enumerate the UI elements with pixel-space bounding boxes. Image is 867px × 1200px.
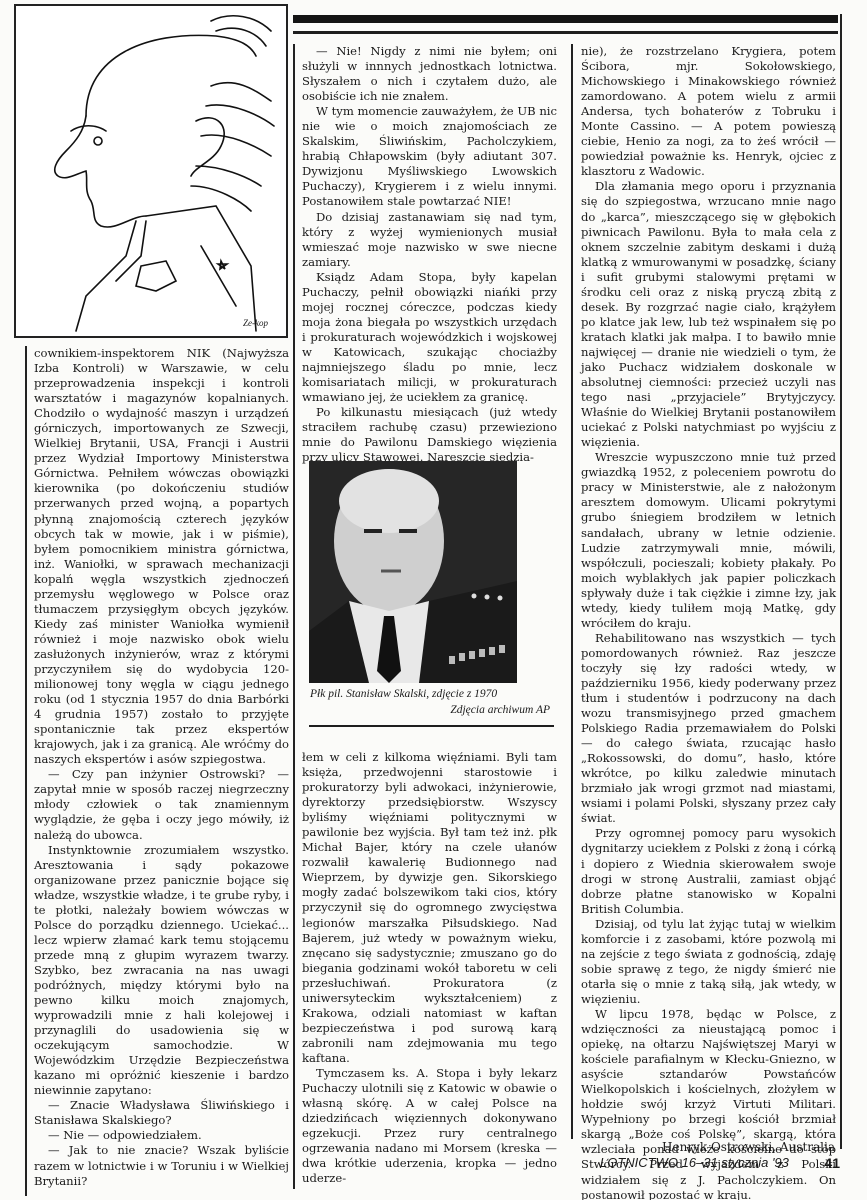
- paragraph: nie), że rozstrzelano Krygiera, potem Śc…: [581, 44, 836, 179]
- author-signature: Henryk Ostrowski, Australia: [600, 1140, 835, 1154]
- paragraph: Dzisiaj, od tylu lat żyjąc tutaj w wielk…: [581, 917, 836, 1007]
- paragraph: W tym momencie zauważyłem, że UB nic nie…: [302, 104, 557, 209]
- portrait-photo: [309, 461, 517, 683]
- paragraph: Dla złamania mego oporu i przyznania się…: [581, 179, 836, 450]
- right-margin-rule: [840, 14, 842, 1149]
- paragraph: Ksiądz Adam Stopa, były kapelan Puchaczy…: [302, 270, 557, 405]
- paragraph: Do dzisiaj zastanawiam się nad tym, któr…: [302, 210, 557, 270]
- header-bar-thick: [293, 15, 838, 23]
- caption-divider: [309, 725, 554, 727]
- paragraph: Rehabilitowano nas wszystkich — tych pom…: [581, 631, 836, 827]
- article-column-1: cownikiem-inspektorem NIK (Najwyższa Izb…: [34, 346, 289, 1189]
- column3-left-rule: [571, 44, 573, 1139]
- photo-caption: Płk pil. Stanisław Skalski, zdjęcie z 19…: [310, 686, 550, 718]
- caption-text: Płk pil. Stanisław Skalski, zdjęcie z 19…: [310, 686, 550, 702]
- paragraph: W lipcu 1978, będąc w Polsce, z wdzięczn…: [581, 1007, 836, 1200]
- page-number: 41: [824, 1155, 840, 1171]
- paragraph: Instynktownie zrozumiałem wszystko. Ares…: [34, 843, 289, 1099]
- page-footer: LOTNICTWO 16–31 stycznia '93 41: [600, 1155, 840, 1170]
- caricature-illustration: Ze-kop: [14, 4, 288, 338]
- paragraph: — Czy pan inżynier Ostrowski? — zapytał …: [34, 767, 289, 842]
- paragraph: — Jak to nie znacie? Wszak byliście raze…: [34, 1143, 289, 1188]
- paragraph: Wreszcie wypuszczono mnie tuż przed gwia…: [581, 450, 836, 631]
- paragraph: cownikiem-inspektorem NIK (Najwyższa Izb…: [34, 346, 289, 767]
- paragraph: Przy ogromnej pomocy paru wysokich dygni…: [581, 826, 836, 916]
- photo-credit: Zdjęcia archiwum AP: [310, 702, 550, 718]
- paragraph: — Nie! Nigdy z nimi nie byłem; oni służy…: [302, 44, 557, 104]
- publication-info: LOTNICTWO 16–31 stycznia '93: [600, 1155, 789, 1170]
- paragraph: — Nie — odpowiedziałem.: [34, 1128, 289, 1143]
- column1-left-rule: [25, 346, 27, 1196]
- header-bar-thin: [293, 31, 838, 34]
- article-column-3: nie), że rozstrzelano Krygiera, potem Śc…: [581, 44, 836, 1200]
- paragraph: Tymczasem ks. A. Stopa i były lekarz Puc…: [302, 1066, 557, 1186]
- paragraph: Po kilkunastu miesiącach (już wtedy stra…: [302, 405, 557, 465]
- paragraph: — Znacie Władysława Śliwińskiego i Stani…: [34, 1098, 289, 1128]
- column2-left-rule: [293, 44, 295, 1189]
- article-column-2-bottom: łem w celi z kilkoma więźniami. Byli tam…: [302, 750, 557, 1186]
- paragraph: łem w celi z kilkoma więźniami. Byli tam…: [302, 750, 557, 1066]
- caricature-signature: Ze-kop: [243, 318, 268, 328]
- article-column-2-top: — Nie! Nigdy z nimi nie byłem; oni służy…: [302, 44, 557, 465]
